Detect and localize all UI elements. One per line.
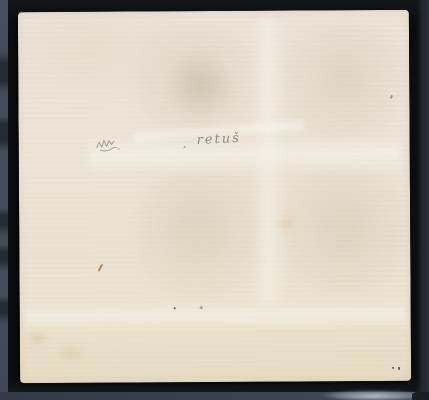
ink-speck bbox=[392, 367, 394, 369]
stamp-showthrough-bottom-left bbox=[135, 171, 260, 302]
corner-shadow bbox=[412, 392, 429, 400]
stockbook-left-edge bbox=[0, 0, 8, 400]
ink-speck bbox=[174, 307, 176, 309]
glare-highlight bbox=[322, 390, 426, 400]
ink-speck bbox=[398, 367, 400, 370]
red-fiber-speck bbox=[98, 264, 103, 272]
stamp-showthrough-bottom-right bbox=[281, 170, 408, 301]
foxing-spot bbox=[24, 330, 50, 346]
stamp-block-reverse: , retuš bbox=[18, 10, 411, 383]
stockbook-right-edge bbox=[417, 0, 429, 400]
gutter-band-vertical bbox=[252, 19, 286, 303]
stamp-showthrough-numeral bbox=[166, 51, 236, 121]
photo-stamp-block-back: , retuš bbox=[0, 0, 429, 400]
pale-blue-speck bbox=[200, 306, 203, 309]
foxing-spot bbox=[271, 214, 301, 232]
pencil-inscription-retus: retuš bbox=[196, 131, 241, 148]
foxing-spot bbox=[54, 344, 88, 364]
